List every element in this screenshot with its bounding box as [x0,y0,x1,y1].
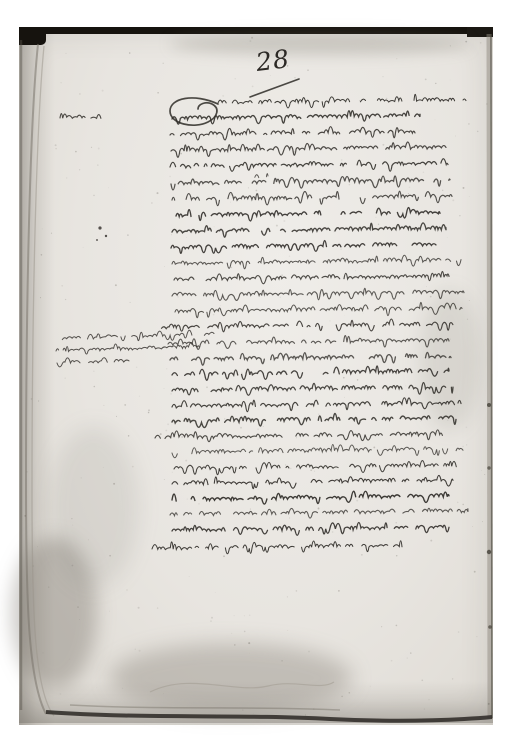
stain [49,427,139,587]
top-left-edge-chunk [19,27,46,45]
page-number: 28 [255,46,292,75]
stain [170,33,470,55]
scan-page: 28 [0,0,512,754]
stain [420,290,480,430]
top-right-edge-chunk [467,27,493,37]
manuscript-photo [19,27,493,725]
stain [110,643,352,713]
book-top-edge-band [19,27,493,34]
